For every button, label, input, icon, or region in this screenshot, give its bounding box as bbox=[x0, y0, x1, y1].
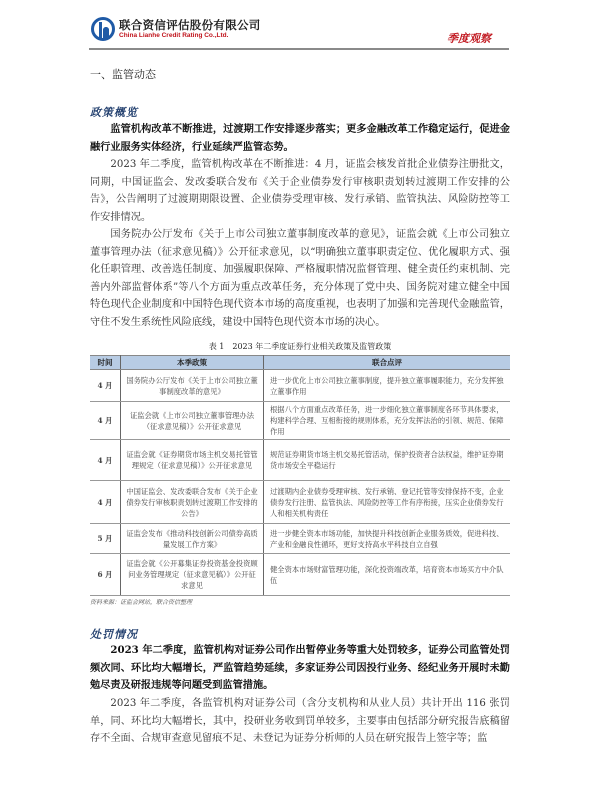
policy-overview-heading: 政策概览 bbox=[90, 104, 138, 120]
table-header-row: 时间 本季政策 联合点评 bbox=[90, 356, 510, 370]
cell-policy: 国务院办公厅发布《关于上市公司独立董事制度改革的意见》 bbox=[121, 370, 264, 402]
company-name-en: China Lianhe Credit Rating Co.,Ltd. bbox=[119, 32, 228, 39]
table-caption: 表 1 2023 年二季度证券行业相关政策及监管政策 bbox=[90, 341, 510, 352]
cell-time: 4 月 bbox=[90, 440, 121, 481]
cell-time: 4 月 bbox=[90, 370, 121, 402]
cell-comment: 根据八个方面重点改革任务，进一步细化独立董事制度各环节具体要求，构建科学合理、互… bbox=[264, 402, 511, 440]
table-row: 4 月 中国证监会、发改委联合发布《关于企业债券发行审核职责划转过渡期工作安排的… bbox=[90, 481, 510, 524]
penalty-lead: 2023 年二季度，监管机构对证券公司作出暂停业务等重大处罚较多，证券公司监管处… bbox=[90, 642, 510, 695]
table-row: 4 月 国务院办公厅发布《关于上市公司独立董事制度改革的意见》 进一步优化上市公… bbox=[90, 370, 510, 402]
section-title: 一、监管动态 bbox=[90, 66, 156, 82]
cell-comment: 规范证券期货市场主机交易托管活动，保护投资者合法权益，维护证券期货市场安全平稳运… bbox=[264, 440, 511, 481]
column-header-comment: 联合点评 bbox=[264, 356, 511, 370]
column-header-policy: 本季政策 bbox=[121, 356, 264, 370]
table-row: 4 月 证监会就《上市公司独立董事管理办法（征求意见稿）》公开征求意见 根据八个… bbox=[90, 402, 510, 440]
policy-table: 时间 本季政策 联合点评 4 月 国务院办公厅发布《关于上市公司独立董事制度改革… bbox=[90, 355, 510, 596]
cell-time: 4 月 bbox=[90, 481, 121, 524]
cell-time: 5 月 bbox=[90, 524, 121, 554]
table-source-note: 资料来源：证监会网站，联合资信整理 bbox=[90, 597, 192, 606]
cell-time: 6 月 bbox=[90, 554, 121, 596]
cell-policy: 证监会就《上市公司独立董事管理办法（征求意见稿）》公开征求意见 bbox=[121, 402, 264, 440]
company-name-cn: 联合资信评估股份有限公司 bbox=[119, 17, 261, 33]
cell-comment: 进一步健全资本市场功能，加快提升科技创新企业服务质效，促进科技、产业和金融良性循… bbox=[264, 524, 511, 554]
cell-policy: 证监会就《公开募集证券投资基金投资顾问业务管理规定（征求意见稿）》公开征求意见 bbox=[121, 554, 264, 596]
cell-policy: 证监会就《证券期货市场主机交易托管管理规定（征求意见稿）》公开征求意见 bbox=[121, 440, 264, 481]
header-divider bbox=[89, 48, 509, 50]
lianhe-logo-icon bbox=[91, 17, 115, 41]
report-tag: 季度观察 bbox=[447, 30, 491, 46]
policy-overview-paragraph-2: 国务院办公厅发布《关于上市公司独立董事制度改革的意见》，证监会就《上市公司独立董… bbox=[90, 226, 510, 331]
cell-comment: 过渡期内企业债券受理审核、发行承销、登记托管等安排保持不变，企业债券发行注册、监… bbox=[264, 481, 511, 524]
table-row: 5 月 证监会发布《推动科技创新公司债券高质量发展工作方案》 进一步健全资本市场… bbox=[90, 524, 510, 554]
table-row: 6 月 证监会就《公开募集证券投资基金投资顾问业务管理规定（征求意见稿）》公开征… bbox=[90, 554, 510, 596]
cell-comment: 进一步优化上市公司独立董事制度，提升独立董事履职能力，充分发挥独立董事作用 bbox=[264, 370, 511, 402]
cell-policy: 证监会发布《推动科技创新公司债券高质量发展工作方案》 bbox=[121, 524, 264, 554]
table-row: 4 月 证监会就《证券期货市场主机交易托管管理规定（征求意见稿）》公开征求意见 … bbox=[90, 440, 510, 481]
penalty-heading: 处罚情况 bbox=[90, 626, 138, 642]
column-header-time: 时间 bbox=[90, 356, 121, 370]
policy-overview-lead: 监管机构改革不断推进，过渡期工作安排逐步落实；更多金融改革工作稳定运行，促进金融… bbox=[90, 121, 510, 156]
cell-comment: 健全资本市场财富管理功能，深化投资端改革，培育资本市场买方中介队伍 bbox=[264, 554, 511, 596]
policy-overview-paragraph-1: 2023 年二季度，监管机构改革在不断推进：4 月，证监会核发首批企业债券注册批… bbox=[90, 156, 510, 226]
cell-policy: 中国证监会、发改委联合发布《关于企业债券发行审核职责划转过渡期工作安排的公告》 bbox=[121, 481, 264, 524]
cell-time: 4 月 bbox=[90, 402, 121, 440]
penalty-paragraph-1: 2023 年二季度，各监管机构对证券公司（含分支机构和从业人员）共计开出 116… bbox=[90, 695, 510, 748]
